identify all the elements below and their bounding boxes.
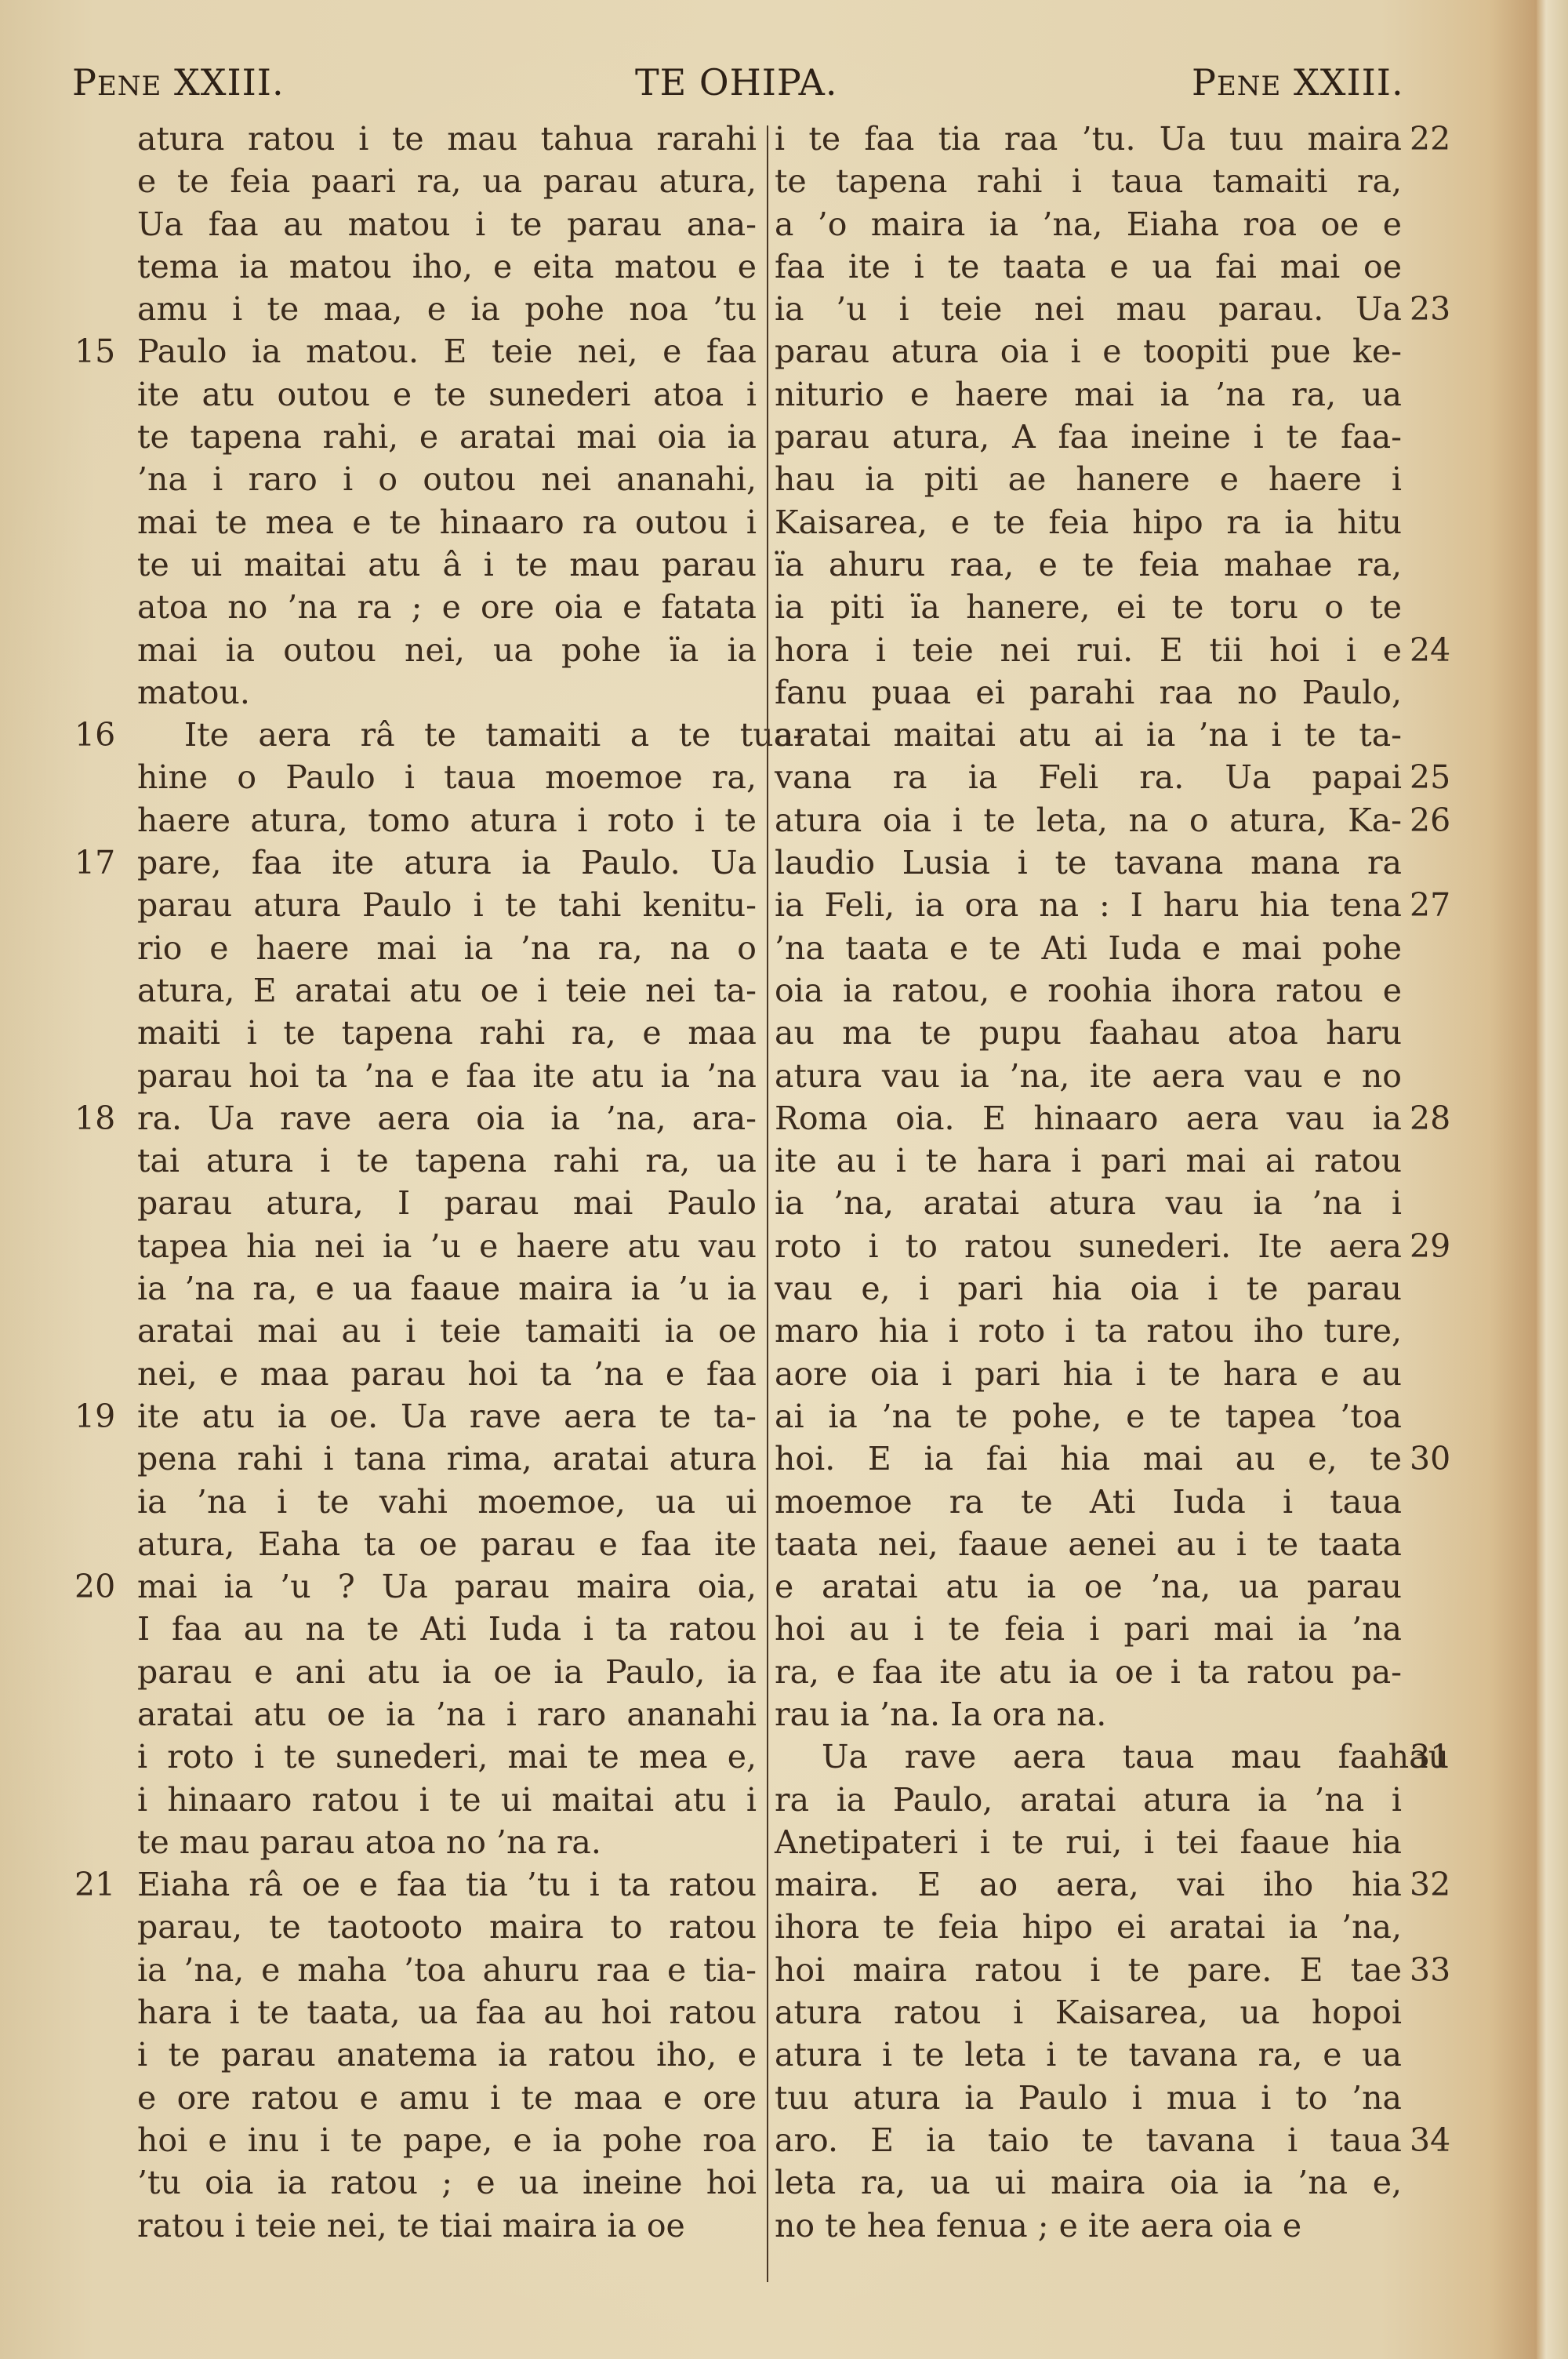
text-line: rau ia ’na. Ia ora na. [775,1693,1480,1736]
verse-number: 20 [74,1565,129,1608]
text-line: rio e haere mai ia ’na ra, na o [74,927,764,969]
text-line: atoa no ’na ra ; e ore oia e fatata [74,586,764,628]
line-text: Eiaha râ oe e faa tia ’tu i ta ratou [137,1863,757,1906]
line-text: maira. E ao aera, vai iho hia [775,1863,1402,1906]
line-text: ia ’u i teie nei mau parau. Ua [775,288,1402,330]
verse-number: 23 [1410,288,1465,330]
text-line: aratai mai au i teie tamaiti ia oe [74,1310,764,1352]
verse-number: 32 [1410,1863,1465,1906]
text-line: parau atura oia i e toopiti pue ke- [775,330,1480,373]
line-text: e te feia paari ra, ua parau atura, [137,160,757,202]
text-line: parau atura, I parau mai Paulo [74,1182,764,1224]
text-line: tapea hia nei ia ’u e haere atu vau [74,1225,764,1267]
verse-number: 29 [1410,1225,1465,1267]
line-text: rau ia ’na. Ia ora na. [775,1693,1402,1736]
line-text: ia ’na ra, e ua faaue maira ia ’u ia [137,1267,757,1310]
line-text: matou. [137,671,757,714]
text-line: aratai atu oe ia ’na i raro ananahi [74,1693,764,1736]
text-line: ia ’na i te vahi moemoe, ua ui [74,1481,764,1523]
text-line: atura, Eaha ta oe parau e faa ite [74,1523,764,1565]
text-line: 23ia ’u i teie nei mau parau. Ua [775,288,1480,330]
text-line: fanu puaa ei parahi raa no Paulo, [775,671,1480,714]
line-text: hine o Paulo i taua moemoe ra, [137,756,757,798]
line-text: tuu atura ia Paulo i mua i to ’na [775,2077,1402,2119]
text-line: parau atura, A faa ineine i te faa- [775,416,1480,458]
line-text: e ore ratou e amu i te maa e ore [137,2077,757,2119]
text-line: Ua faa au matou i te parau ana- [74,203,764,245]
line-text: hara i te taata, ua faa au hoi ratou [137,1991,757,2034]
text-line: matou. [74,671,764,714]
line-text: mai ia outou nei, ua pohe ïa ia [137,629,757,671]
text-line: ihora te feia hipo ei aratai ia ’na, [775,1906,1480,1948]
text-line: 18ra. Ua rave aera oia ia ’na, ara- [74,1097,764,1140]
line-text: leta ra, ua ui maira oia ia ’na e, [775,2161,1402,2204]
line-text: mai te mea e te hinaaro ra outou i [137,501,757,543]
text-line: mai te mea e te hinaaro ra outou i [74,501,764,543]
verse-number: 26 [1410,799,1465,841]
text-line: a ’o maira ia ’na, Eiaha roa oe e [775,203,1480,245]
line-text: ra. Ua rave aera oia ia ’na, ara- [137,1097,757,1140]
text-line: ra, e faa ite atu ia oe i ta ratou pa- [775,1651,1480,1693]
line-text: te ui maitai atu â i te mau parau [137,543,757,586]
verse-number: 25 [1410,756,1465,798]
line-text: rio e haere mai ia ’na ra, na o [137,927,757,969]
text-line: au ma te pupu faahau atoa haru [775,1012,1480,1054]
verse-number: 27 [1410,884,1465,926]
text-line: 21Eiaha râ oe e faa tia ’tu i ta ratou [74,1863,764,1906]
verse-number: 21 [74,1863,129,1906]
text-line: no te hea fenua ; e ite aera oia e [775,2205,1480,2247]
line-text: e aratai atu ia oe ’na, ua parau [775,1565,1402,1608]
verse-number: 17 [74,841,129,884]
verse-number: 28 [1410,1097,1465,1140]
line-text: ’na taata e te Ati Iuda e mai pohe [775,927,1402,969]
text-line: 20mai ia ’u ? Ua parau maira oia, [74,1565,764,1608]
verse-number: 33 [1410,1949,1465,1991]
text-line: mai ia outou nei, ua pohe ïa ia [74,629,764,671]
line-text: ia ’na i te vahi moemoe, ua ui [137,1481,757,1523]
line-text: hau ia piti ae hanere e haere i [775,458,1402,500]
column-divider [767,125,768,2282]
text-line: atura ratou i Kaisarea, ua hopoi [775,1991,1480,2034]
line-text: Ite aera râ te tamaiti a te tua- [137,714,804,756]
text-line: 22i te faa tia raa ’tu. Ua tuu maira [775,118,1480,160]
line-text: parau hoi ta ’na e faa ite atu ia ’na [137,1055,757,1097]
text-line: ’tu oia ia ratou ; e ua ineine hoi [74,2161,764,2204]
verse-number: 16 [74,714,129,756]
text-line: ia piti ïa hanere, ei te toru o te [775,586,1480,628]
line-text: aratai mai au i teie tamaiti ia oe [137,1310,757,1352]
text-line: parau atura Paulo i te tahi kenitu- [74,884,764,926]
line-text: ia Feli, ia ora na : I haru hia tena [775,884,1402,926]
text-line: aore oia i pari hia i te hara e au [775,1353,1480,1395]
verse-number: 18 [74,1097,129,1140]
verse-number: 19 [74,1395,129,1438]
text-line: 31Ua rave aera taua mau faahau [775,1736,1480,1778]
right-text-column: 22i te faa tia raa ’tu. Ua tuu mairate t… [775,118,1480,2247]
line-text: oia ia ratou, e roohia ihora ratou e [775,969,1402,1012]
text-line: taata nei, faaue aenei au i te taata [775,1523,1480,1565]
text-line: 32maira. E ao aera, vai iho hia [775,1863,1480,1906]
line-text: nei, e maa parau hoi ta ’na e faa [137,1353,757,1395]
line-text: parau atura, A faa ineine i te faa- [775,416,1402,458]
line-text: niturio e haere mai ia ’na ra, ua [775,373,1402,416]
text-line: e aratai atu ia oe ’na, ua parau [775,1565,1480,1608]
line-text: hora i teie nei rui. E tii hoi i e [775,629,1402,671]
line-text: i roto i te sunederi, mai te mea e, [137,1736,757,1778]
text-line: 17pare, faa ite atura ia Paulo. Ua [74,841,764,884]
text-line: hara i te taata, ua faa au hoi ratou [74,1991,764,2034]
line-text: ’na i raro i o outou nei ananahi, [137,458,757,500]
line-text: ia ’na, e maha ’toa ahuru raa e tia- [137,1949,757,1991]
text-line: 33hoi maira ratou i te pare. E tae [775,1949,1480,1991]
text-line: 15Paulo ia matou. E teie nei, e faa [74,330,764,373]
text-line: 19ite atu ia oe. Ua rave aera te ta- [74,1395,764,1438]
left-text-column: atura ratou i te mau tahua rarahie te fe… [74,118,764,2247]
line-text: taata nei, faaue aenei au i te taata [775,1523,1402,1565]
text-line: e ore ratou e amu i te maa e ore [74,2077,764,2119]
line-text: ia piti ïa hanere, ei te toru o te [775,586,1402,628]
line-text: atura vau ia ’na, ite aera vau e no [775,1055,1402,1097]
verse-number: 30 [1410,1438,1465,1480]
text-line: i hinaaro ratou i te ui maitai atu i [74,1779,764,1821]
line-text: Ua rave aera taua mau faahau [775,1736,1449,1778]
line-text: atura ratou i Kaisarea, ua hopoi [775,1991,1402,2034]
text-line: hoi au i te feia i pari mai ia ’na [775,1608,1480,1650]
line-text: aratai maitai atu ai ia ’na i te ta- [775,714,1402,756]
text-line: maro hia i roto i ta ratou iho ture, [775,1310,1480,1352]
text-line: ratou i teie nei, te tiai maira ia oe [74,2205,764,2247]
line-text: aratai atu oe ia ’na i raro ananahi [137,1693,757,1736]
text-line: te tapena rahi, e aratai mai oia ia [74,416,764,458]
line-text: hoi e inu i te pape, e ia pohe roa [137,2119,757,2161]
text-line: te mau parau atoa no ’na ra. [74,1821,764,1863]
line-text: tapea hia nei ia ’u e haere atu vau [137,1225,757,1267]
text-line: ia ’na, e maha ’toa ahuru raa e tia- [74,1949,764,1991]
text-line: hine o Paulo i taua moemoe ra, [74,756,764,798]
text-line: atura, E aratai atu oe i teie nei ta- [74,969,764,1012]
text-line: 25vana ra ia Feli ra. Ua papai [775,756,1480,798]
line-text: Kaisarea, e te feia hipo ra ia hitu [775,501,1402,543]
line-text: a ’o maira ia ’na, Eiaha roa oe e [775,203,1402,245]
line-text: pare, faa ite atura ia Paulo. Ua [137,841,757,884]
text-line: 16Ite aera râ te tamaiti a te tua- [74,714,764,756]
text-line: hau ia piti ae hanere e haere i [775,458,1480,500]
line-text: ’tu oia ia ratou ; e ua ineine hoi [137,2161,757,2204]
text-line: 30hoi. E ia fai hia mai au e, te [775,1438,1480,1480]
line-text: parau atura, I parau mai Paulo [137,1182,757,1224]
line-text: pena rahi i tana rima, aratai atura [137,1438,757,1480]
line-text: Ua faa au matou i te parau ana- [137,203,757,245]
line-text: atura, E aratai atu oe i teie nei ta- [137,969,757,1012]
text-line: i roto i te sunederi, mai te mea e, [74,1736,764,1778]
book-title: TE OHIPA. [635,55,837,110]
line-text: ra, e faa ite atu ia oe i ta ratou pa- [775,1651,1402,1693]
line-text: faa ite i te taata e ua fai mai oe [775,245,1402,288]
text-line: leta ra, ua ui maira oia ia ’na e, [775,2161,1480,2204]
line-text: i te parau anatema ia ratou iho, e [137,2034,757,2076]
text-line: moemoe ra te Ati Iuda i taua [775,1481,1480,1523]
line-text: atura i te leta i te tavana ra, e ua [775,2034,1402,2076]
line-text: amu i te maa, e ia pohe noa ’tu [137,288,757,330]
text-line: faa ite i te taata e ua fai mai oe [775,245,1480,288]
line-text: ite atu outou e te sunederi atoa i [137,373,757,416]
text-line: laudio Lusia i te tavana mana ra [775,841,1480,884]
verse-number: 15 [74,330,129,373]
text-line: 24hora i teie nei rui. E tii hoi i e [775,629,1480,671]
text-line: oia ia ratou, e roohia ihora ratou e [775,969,1480,1012]
text-line: niturio e haere mai ia ’na ra, ua [775,373,1480,416]
line-text: parau atura Paulo i te tahi kenitu- [137,884,757,926]
line-text: te tapena rahi i taua tamaiti ra, [775,160,1402,202]
line-text: Paulo ia matou. E teie nei, e faa [137,330,757,373]
line-text: parau atura oia i e toopiti pue ke- [775,330,1402,373]
line-text: fanu puaa ei parahi raa no Paulo, [775,671,1402,714]
text-line: ia ’na ra, e ua faaue maira ia ’u ia [74,1267,764,1310]
line-text: atura, Eaha ta oe parau e faa ite [137,1523,757,1565]
text-line: ra ia Paulo, aratai atura ia ’na i [775,1779,1480,1821]
line-text: Anetipateri i te rui, i tei faaue hia [775,1821,1402,1863]
text-line: tuu atura ia Paulo i mua i to ’na [775,2077,1480,2119]
text-line: parau, te taotooto maira to ratou [74,1906,764,1948]
text-line: ïa ahuru raa, e te feia mahae ra, [775,543,1480,586]
text-line: te tapena rahi i taua tamaiti ra, [775,160,1480,202]
line-text: tema ia matou iho, e eita matou e [137,245,757,288]
line-text: mai ia ’u ? Ua parau maira oia, [137,1565,757,1608]
text-line: te ui maitai atu â i te mau parau [74,543,764,586]
line-text: hoi maira ratou i te pare. E tae [775,1949,1402,1991]
text-line: tema ia matou iho, e eita matou e [74,245,764,288]
line-text: parau, te taotooto maira to ratou [137,1906,757,1948]
text-line: 28Roma oia. E hinaaro aera vau ia [775,1097,1480,1140]
line-text: I faa au na te Ati Iuda i ta ratou [137,1608,757,1650]
text-line: nei, e maa parau hoi ta ’na e faa [74,1353,764,1395]
text-line: haere atura, tomo atura i roto i te [74,799,764,841]
chapter-label-left: PENE XXIII. [72,55,285,114]
line-text: roto i to ratou sunederi. Ite aera [775,1225,1402,1267]
text-line: Anetipateri i te rui, i tei faaue hia [775,1821,1480,1863]
line-text: aore oia i pari hia i te hara e au [775,1353,1402,1395]
line-text: atura ratou i te mau tahua rarahi [137,118,757,160]
line-text: maiti i te tapena rahi ra, e maa [137,1012,757,1054]
line-text: aro. E ia taio te tavana i taua [775,2119,1402,2161]
text-line: amu i te maa, e ia pohe noa ’tu [74,288,764,330]
text-line: atura ratou i te mau tahua rarahi [74,118,764,160]
line-text: haere atura, tomo atura i roto i te [137,799,757,841]
line-text: au ma te pupu faahau atoa haru [775,1012,1402,1054]
chapter-label-right: PENE XXIII. [1192,55,1404,114]
line-text: ite atu ia oe. Ua rave aera te ta- [137,1395,757,1438]
running-header: PENE XXIII. TE OHIPA. PENE XXIII. [0,55,1537,110]
verse-number: 34 [1410,2119,1465,2161]
text-line: ’na taata e te Ati Iuda e mai pohe [775,927,1480,969]
text-line: tai atura i te tapena rahi ra, ua [74,1140,764,1182]
line-text: atura oia i te leta, na o atura, Ka- [775,799,1402,841]
text-line: hoi e inu i te pape, e ia pohe roa [74,2119,764,2161]
line-text: laudio Lusia i te tavana mana ra [775,841,1402,884]
line-text: i hinaaro ratou i te ui maitai atu i [137,1779,757,1821]
book-page: PENE XXIII. TE OHIPA. PENE XXIII. atura … [0,0,1537,2359]
text-line: ai ia ’na te pohe, e te tapea ’toa [775,1395,1480,1438]
line-text: no te hea fenua ; e ite aera oia e [775,2205,1402,2247]
line-text: maro hia i roto i ta ratou iho ture, [775,1310,1402,1352]
line-text: te tapena rahi, e aratai mai oia ia [137,416,757,458]
line-text: i te faa tia raa ’tu. Ua tuu maira [775,118,1402,160]
line-text: ïa ahuru raa, e te feia mahae ra, [775,543,1402,586]
line-text: vana ra ia Feli ra. Ua papai [775,756,1402,798]
text-line: 34aro. E ia taio te tavana i taua [775,2119,1480,2161]
line-text: te mau parau atoa no ’na ra. [137,1821,757,1863]
line-text: moemoe ra te Ati Iuda i taua [775,1481,1402,1523]
line-text: ihora te feia hipo ei aratai ia ’na, [775,1906,1402,1948]
text-line: aratai maitai atu ai ia ’na i te ta- [775,714,1480,756]
text-line: parau hoi ta ’na e faa ite atu ia ’na [74,1055,764,1097]
text-line: atura vau ia ’na, ite aera vau e no [775,1055,1480,1097]
line-text: ia ’na, aratai atura vau ia ’na i [775,1182,1402,1224]
text-line: I faa au na te Ati Iuda i ta ratou [74,1608,764,1650]
text-line: atura i te leta i te tavana ra, e ua [775,2034,1480,2076]
text-line: ia ’na, aratai atura vau ia ’na i [775,1182,1480,1224]
text-line: maiti i te tapena rahi ra, e maa [74,1012,764,1054]
line-text: hoi au i te feia i pari mai ia ’na [775,1608,1402,1650]
text-line: e te feia paari ra, ua parau atura, [74,160,764,202]
text-line: 26atura oia i te leta, na o atura, Ka- [775,799,1480,841]
verse-number: 22 [1410,118,1465,160]
line-text: ai ia ’na te pohe, e te tapea ’toa [775,1395,1402,1438]
line-text: ra ia Paulo, aratai atura ia ’na i [775,1779,1402,1821]
text-line: pena rahi i tana rima, aratai atura [74,1438,764,1480]
text-line: ite au i te hara i pari mai ai ratou [775,1140,1480,1182]
line-text: Roma oia. E hinaaro aera vau ia [775,1097,1402,1140]
text-line: i te parau anatema ia ratou iho, e [74,2034,764,2076]
next-page-edge [1537,0,1568,2359]
text-line: ’na i raro i o outou nei ananahi, [74,458,764,500]
verse-number: 24 [1410,629,1465,671]
line-text: atoa no ’na ra ; e ore oia e fatata [137,586,757,628]
line-text: ite au i te hara i pari mai ai ratou [775,1140,1402,1182]
line-text: vau e, i pari hia oia i te parau [775,1267,1402,1310]
text-line: Kaisarea, e te feia hipo ra ia hitu [775,501,1480,543]
text-line: parau e ani atu ia oe ia Paulo, ia [74,1651,764,1693]
line-text: ratou i teie nei, te tiai maira ia oe [137,2205,757,2247]
text-line: vau e, i pari hia oia i te parau [775,1267,1480,1310]
line-text: parau e ani atu ia oe ia Paulo, ia [137,1651,757,1693]
text-line: 27ia Feli, ia ora na : I haru hia tena [775,884,1480,926]
text-line: ite atu outou e te sunederi atoa i [74,373,764,416]
text-line: 29roto i to ratou sunederi. Ite aera [775,1225,1480,1267]
line-text: tai atura i te tapena rahi ra, ua [137,1140,757,1182]
line-text: hoi. E ia fai hia mai au e, te [775,1438,1402,1480]
